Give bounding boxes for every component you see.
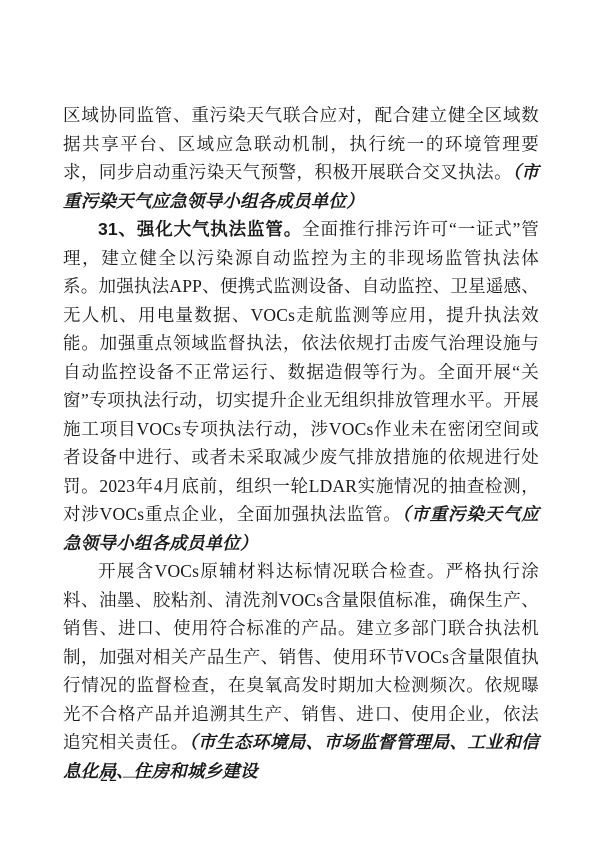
vocs-check-body: 开展含VOCs原辅材料达标情况联合检查。严格执行涂料、油墨、胶粘剂、清洗剂VOC… [63, 561, 539, 752]
page-number: — 22 — [78, 766, 140, 788]
paragraph-continuation-body: 区域协同监管、重污染天气联合应对，配合建立健全区域数据共享平台、区域应急联动机制… [63, 105, 539, 182]
paragraph-vocs-check: 开展含VOCs原辅材料达标情况联合检查。严格执行涂料、油墨、胶粘剂、清洗剂VOC… [63, 557, 539, 785]
paragraph-item-31: 31、强化大气执法监管。全面推行排污许可“一证式”管理，建立健全以污染源自动监控… [63, 215, 539, 557]
document-page: 区域协同监管、重污染天气联合应对，配合建立健全区域数据共享平台、区域应急联动机制… [0, 0, 600, 848]
item-31-heading: 31、强化大气执法监管。 [98, 219, 302, 239]
item-31-body: 全面推行排污许可“一证式”管理，建立健全以污染源自动监控为主的非现场监管执法体系… [63, 219, 539, 524]
paragraph-continuation: 区域协同监管、重污染天气联合应对，配合建立健全区域数据共享平台、区域应急联动机制… [63, 101, 539, 215]
page-body: 区域协同监管、重污染天气联合应对，配合建立健全区域数据共享平台、区域应急联动机制… [63, 101, 539, 785]
